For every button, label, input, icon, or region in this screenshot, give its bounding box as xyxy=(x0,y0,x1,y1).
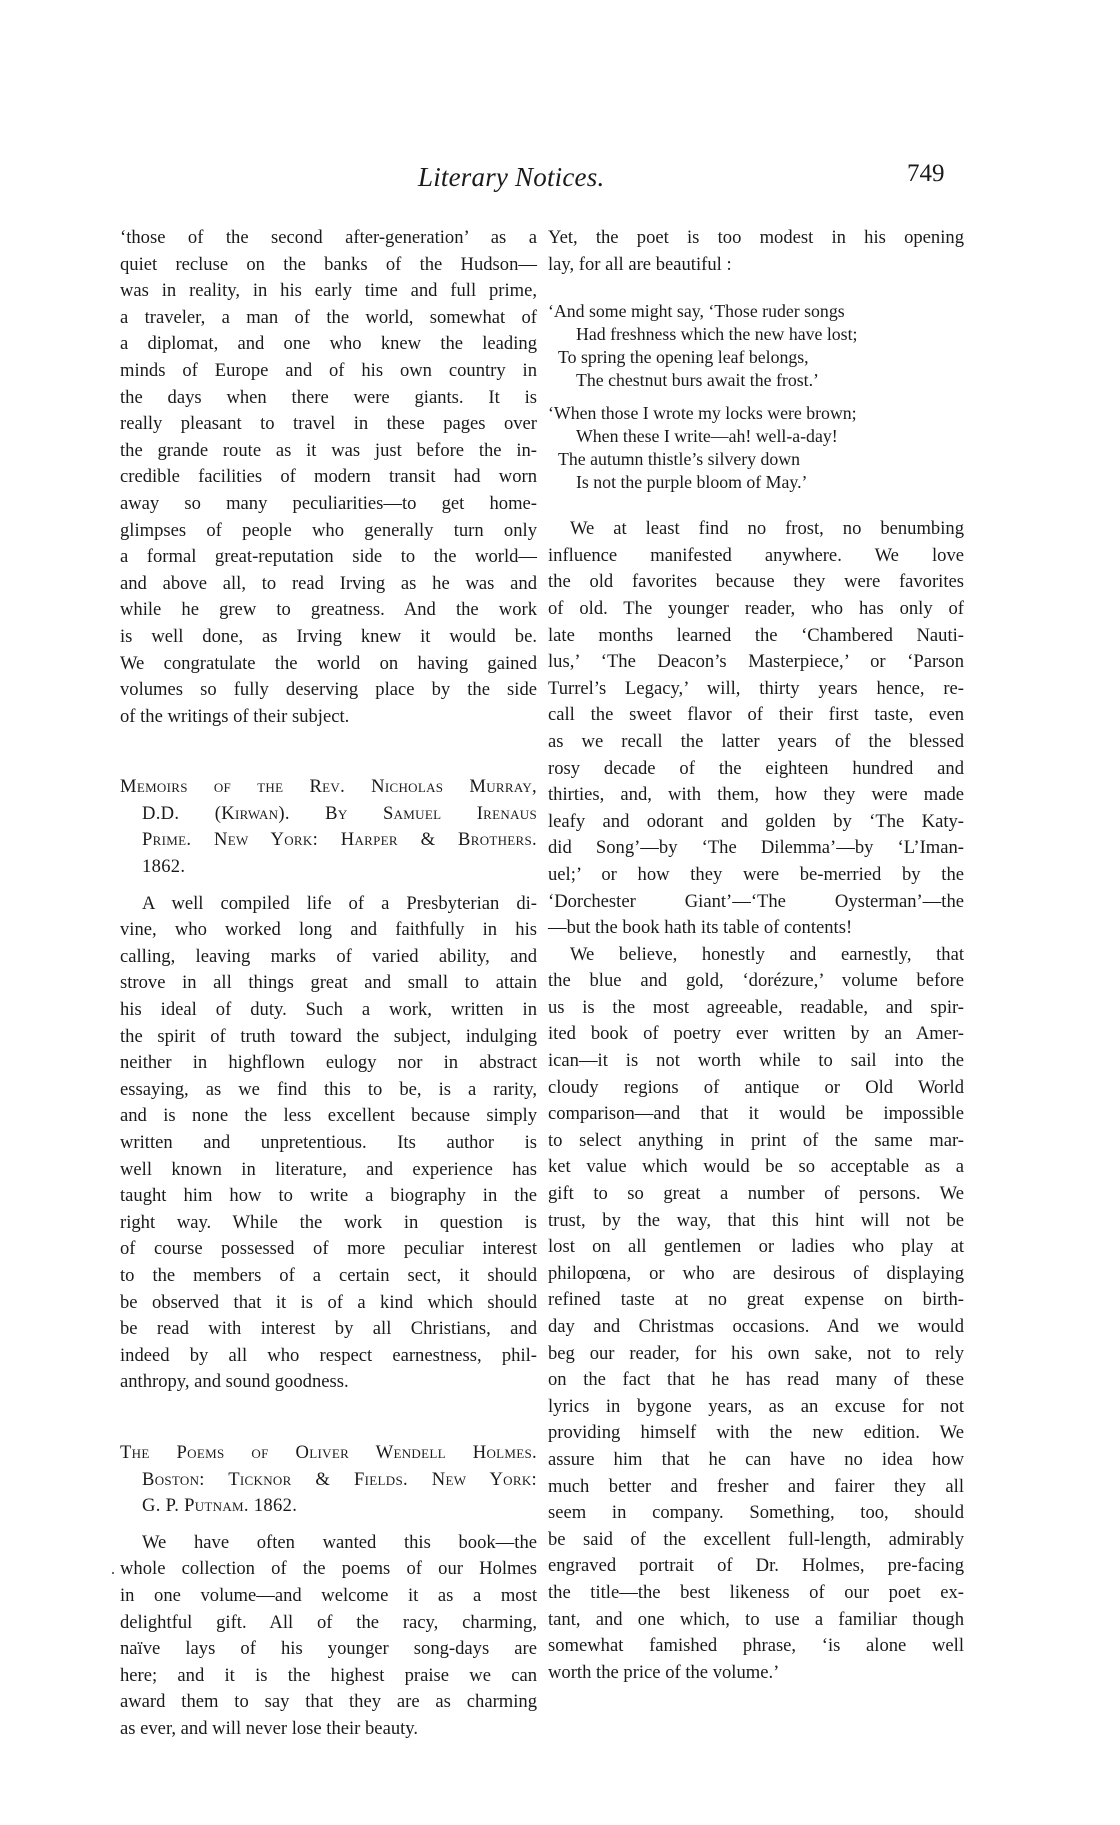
text-line: —but the book hath its table of contents… xyxy=(548,915,964,942)
text-line: lus,’ ‘The Deacon’s Masterpiece,’ or ‘Pa… xyxy=(548,649,964,676)
text-line: minds of Europe and of his own country i… xyxy=(120,358,537,385)
text-line: whole collection of the poems of our Hol… xyxy=(120,1556,537,1583)
holmes-review-body: We have often wanted this book—thewhole … xyxy=(120,1530,537,1743)
text-line: lyrics in bygone years, as an excuse for… xyxy=(548,1394,964,1421)
text-line: We have often wanted this book—the xyxy=(120,1530,537,1557)
text-line: a formal great-reputation side to the wo… xyxy=(120,544,537,571)
text-line: naïve lays of his younger song-days are xyxy=(120,1636,537,1663)
text-line: rosy decade of the eighteen hundred and xyxy=(548,756,964,783)
text-line: philopœna, or who are desirous of displa… xyxy=(548,1261,964,1288)
text-line: was in reality, in his early time and fu… xyxy=(120,278,537,305)
text-line: the grande route as it was just before t… xyxy=(120,438,537,465)
text-line: the spirit of truth toward the subject, … xyxy=(120,1024,537,1051)
text-line: while he grew to greatness. And the work xyxy=(120,597,537,624)
print-speck xyxy=(112,1572,114,1574)
text-line: a diplomat, and one who knew the leading xyxy=(120,331,537,358)
text-line: We congratulate the world on having gain… xyxy=(120,651,537,678)
text-line: uel;’ or how they were be-merried by the xyxy=(548,862,964,889)
text-line: providing himself with the new edition. … xyxy=(548,1420,964,1447)
text-line: as ever, and will never lose their beaut… xyxy=(120,1716,537,1743)
text-line: leafy and odorant and golden by ‘The Kat… xyxy=(548,809,964,836)
text-line: essaying, as we find this to be, is a ra… xyxy=(120,1077,537,1104)
text-line: quiet recluse on the banks of the Hudson… xyxy=(120,252,537,279)
text-line: ‘Dorchester Giant’—‘The Oysterman’—the xyxy=(548,889,964,916)
text-line: away so many peculiarities—to get home- xyxy=(120,491,537,518)
text-line: volumes so fully deserving place by the … xyxy=(120,677,537,704)
poem-stanza-1: ‘And some might say, ‘Those ruder songsH… xyxy=(548,300,964,392)
text-line: indeed by all who respect earnestness, p… xyxy=(120,1343,537,1370)
poem-line: When these I write—ah! well-a-day! xyxy=(548,425,964,448)
murray-review-body: A well compiled life of a Presbyterian d… xyxy=(120,891,537,1396)
text-line: the old favorites because they were favo… xyxy=(548,569,964,596)
text-line: the days when there were giants. It is xyxy=(120,385,537,412)
text-line: right way. While the work in question is xyxy=(120,1210,537,1237)
text-line: of the writings of their subject. xyxy=(120,704,537,731)
text-line: day and Christmas occasions. And we woul… xyxy=(548,1314,964,1341)
text-line: gift to so great a number of persons. We xyxy=(548,1181,964,1208)
heading-line: Prime. New York: Harper & Brothers. xyxy=(120,827,537,854)
text-line: ican—it is not worth while to sail into … xyxy=(548,1048,964,1075)
holmes-review-paragraph-1: We at least find no frost, no benumbingi… xyxy=(548,516,964,942)
text-line: ‘those of the second after-generation’ a… xyxy=(120,225,537,252)
text-line: calling, leaving marks of varied ability… xyxy=(120,944,537,971)
murray-review-heading: Memoirs of the Rev. Nicholas Murray,D.D.… xyxy=(120,774,537,880)
text-line: influence manifested anywhere. We love xyxy=(548,543,964,570)
left-column: ‘those of the second after-generation’ a… xyxy=(120,225,537,1742)
text-line: assure him that he can have no idea how xyxy=(548,1447,964,1474)
section-spacer xyxy=(548,494,964,516)
section-spacer xyxy=(548,278,964,300)
section-spacer xyxy=(120,1520,537,1530)
holmes-review-intro: Yet, the poet is too modest in his openi… xyxy=(548,225,964,278)
text-line: here; and it is the highest praise we ca… xyxy=(120,1663,537,1690)
text-line: be observed that it is of a kind which s… xyxy=(120,1290,537,1317)
text-line: lay, for all are beautiful : xyxy=(548,252,964,279)
holmes-review-paragraph-2: We believe, honestly and earnestly, that… xyxy=(548,942,964,1687)
text-line: vine, who worked long and faithfully in … xyxy=(120,917,537,944)
poem-line: ‘And some might say, ‘Those ruder songs xyxy=(548,300,964,323)
running-head: Literary Notices. 749 xyxy=(0,158,1120,194)
text-line: to select anything in print of the same … xyxy=(548,1128,964,1155)
page-number: 749 xyxy=(907,160,945,188)
text-line: comparison—and that it would be impossib… xyxy=(548,1101,964,1128)
poem-line: To spring the opening leaf belongs, xyxy=(548,346,964,369)
text-line: taught him how to write a biography in t… xyxy=(120,1183,537,1210)
text-line: somewhat famished phrase, ‘is alone well xyxy=(548,1633,964,1660)
text-line: Turrel’s Legacy,’ will, thirty years hen… xyxy=(548,676,964,703)
section-spacer xyxy=(548,392,964,402)
text-line: as we recall the latter years of the ble… xyxy=(548,729,964,756)
text-line: delightful gift. All of the racy, charmi… xyxy=(120,1610,537,1637)
text-line: engraved portrait of Dr. Holmes, pre-fac… xyxy=(548,1553,964,1580)
text-line: a traveler, a man of the world, somewhat… xyxy=(120,305,537,332)
text-line: ited book of poetry ever written by an A… xyxy=(548,1021,964,1048)
section-spacer xyxy=(120,881,537,891)
text-line: ket value which would be so acceptable a… xyxy=(548,1154,964,1181)
poem-stanza-2: ‘When those I wrote my locks were brown;… xyxy=(548,402,964,494)
text-line: tant, and one which, to use a familiar t… xyxy=(548,1607,964,1634)
holmes-review-heading: The Poems of Oliver Wendell Holmes.Bosto… xyxy=(120,1440,537,1520)
heading-line: G. P. Putnam. 1862. xyxy=(120,1493,537,1520)
text-line: and is none the less excellent because s… xyxy=(120,1103,537,1130)
text-line: the blue and gold, ‘dorézure,’ volume be… xyxy=(548,968,964,995)
text-line: to the members of a certain sect, it sho… xyxy=(120,1263,537,1290)
text-line: of old. The younger reader, who has only… xyxy=(548,596,964,623)
text-line: in one volume—and welcome it as a most xyxy=(120,1583,537,1610)
text-line: Yet, the poet is too modest in his openi… xyxy=(548,225,964,252)
text-line: glimpses of people who generally turn on… xyxy=(120,518,537,545)
text-line: lost on all gentlemen or ladies who play… xyxy=(548,1234,964,1261)
text-line: thirties, and, with them, how they were … xyxy=(548,782,964,809)
text-line: is well done, as Irving knew it would be… xyxy=(120,624,537,651)
text-line: We believe, honestly and earnestly, that xyxy=(548,942,964,969)
text-line: be said of the excellent full-length, ad… xyxy=(548,1527,964,1554)
text-line: did Song’—by ‘The Dilemma’—by ‘L’Iman- xyxy=(548,835,964,862)
text-line: We at least find no frost, no benumbing xyxy=(548,516,964,543)
heading-line: 1862. xyxy=(120,854,537,881)
text-line: well known in literature, and experience… xyxy=(120,1157,537,1184)
text-line: credible facilities of modern transit ha… xyxy=(120,464,537,491)
heading-line: The Poems of Oliver Wendell Holmes. xyxy=(120,1440,537,1467)
text-line: strove in all things great and small to … xyxy=(120,970,537,997)
poem-line: ‘When those I wrote my locks were brown; xyxy=(548,402,964,425)
irving-review-continuation: ‘those of the second after-generation’ a… xyxy=(120,225,537,730)
text-line: really pleasant to travel in these pages… xyxy=(120,411,537,438)
text-line: worth the price of the volume.’ xyxy=(548,1660,964,1687)
text-line: award them to say that they are as charm… xyxy=(120,1689,537,1716)
heading-line: D.D. (Kirwan). By Samuel Irenaus xyxy=(120,801,537,828)
text-line: written and unpretentious. Its author is xyxy=(120,1130,537,1157)
text-line: late months learned the ‘Chambered Nauti… xyxy=(548,623,964,650)
section-spacer xyxy=(120,730,537,774)
text-line: seem in company. Something, too, should xyxy=(548,1500,964,1527)
text-line: beg our reader, for his own sake, not to… xyxy=(548,1341,964,1368)
text-line: the title—the best likeness of our poet … xyxy=(548,1580,964,1607)
right-column: Yet, the poet is too modest in his openi… xyxy=(548,225,964,1686)
text-line: A well compiled life of a Presbyterian d… xyxy=(120,891,537,918)
text-line: be read with interest by all Christians,… xyxy=(120,1316,537,1343)
heading-line: Boston: Ticknor & Fields. New York: xyxy=(120,1467,537,1494)
text-line: cloudy regions of antique or Old World xyxy=(548,1075,964,1102)
section-spacer xyxy=(120,1396,537,1440)
text-line: neither in highflown eulogy nor in abstr… xyxy=(120,1050,537,1077)
poem-line: The autumn thistle’s silvery down xyxy=(548,448,964,471)
heading-line: Memoirs of the Rev. Nicholas Murray, xyxy=(120,774,537,801)
running-title: Literary Notices. xyxy=(418,162,604,193)
text-line: call the sweet flavor of their first tas… xyxy=(548,702,964,729)
text-line: of course possessed of more peculiar int… xyxy=(120,1236,537,1263)
text-line: his ideal of duty. Such a work, written … xyxy=(120,997,537,1024)
poem-line: The chestnut burs await the frost.’ xyxy=(548,369,964,392)
text-line: refined taste at no great expense on bir… xyxy=(548,1287,964,1314)
text-line: anthropy, and sound goodness. xyxy=(120,1369,537,1396)
text-line: on the fact that he has read many of the… xyxy=(548,1367,964,1394)
text-line: us is the most agreeable, readable, and … xyxy=(548,995,964,1022)
poem-line: Had freshness which the new have lost; xyxy=(548,323,964,346)
text-line: trust, by the way, that this hint will n… xyxy=(548,1208,964,1235)
text-line: and above all, to read Irving as he was … xyxy=(120,571,537,598)
poem-line: Is not the purple bloom of May.’ xyxy=(548,471,964,494)
text-line: much better and fresher and fairer they … xyxy=(548,1474,964,1501)
